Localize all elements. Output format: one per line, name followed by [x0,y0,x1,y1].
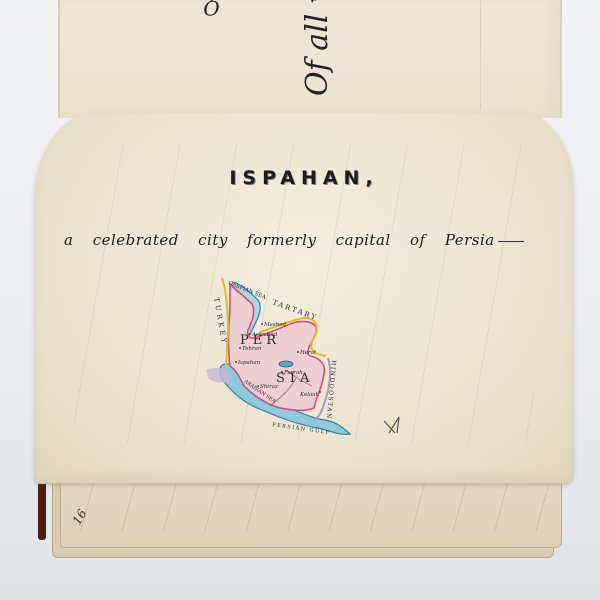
pencil-mark-icon [381,413,403,439]
turkey-region-shading [206,368,230,383]
label-hindoostan: HINDOOSTAN [325,360,337,420]
city-label: Farrah [283,370,303,376]
city-label: Meshed [263,322,287,328]
city-label: Tehran [242,346,262,352]
margin-line [480,0,481,110]
binding-edge [38,480,46,540]
subtitle-text: a celebrated city formerly capital of Pe… [64,231,495,249]
city-label: Shiraz [260,384,278,390]
upper-page: Q Of all wo [58,0,562,118]
label-tartary: TARTARY [271,298,318,322]
city-label: Astrabad [251,332,278,338]
subtitle-flourish [498,241,524,242]
label-turkey: TURKEY [212,297,228,346]
main-page: ISPAHAN, a celebrated city formerly capi… [34,113,574,484]
page-title: ISPAHAN, [34,167,574,189]
upper-page-text-fragment: Q [204,0,220,20]
city-label: Ispahan [237,360,261,366]
page-subtitle: a celebrated city formerly capital of Pe… [64,231,564,249]
city-label: Kelaat [299,392,319,398]
upper-page-rotated-text: Of all wo [300,0,335,96]
lake [279,361,293,367]
persia-map: CASPIAN SEA TARTARY TURKEY HINDOOSTAN PE… [200,270,360,445]
city-label: Herat [299,350,317,356]
